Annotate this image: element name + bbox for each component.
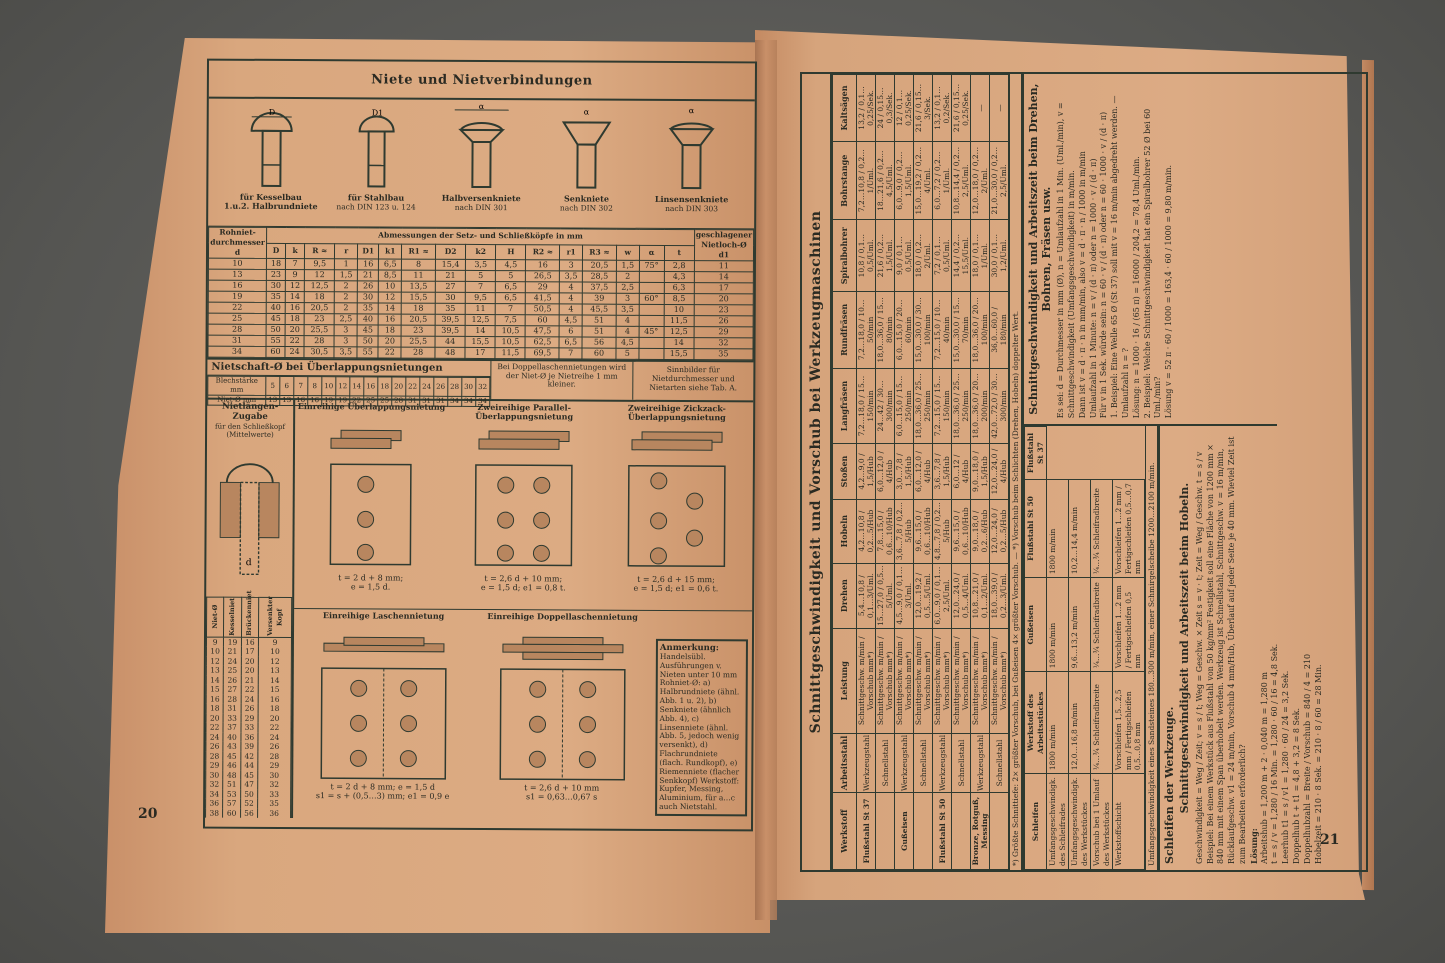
rivets-frame: Niete und Nietverbindungen D für Kesselb… xyxy=(203,59,757,832)
double-strap-note: Bei Doppellaschennietungen wird der Niet… xyxy=(491,361,633,400)
table-row: GußeisenWerkzeugstahlSchnittgeschw. m/mi… xyxy=(895,75,914,870)
svg-text:D: D xyxy=(268,108,274,117)
single-strap-joint-icon xyxy=(313,633,454,784)
round-head-rivet-icon: D xyxy=(236,103,306,193)
page-title: Niete und Nietverbindungen xyxy=(209,61,755,102)
rivet-type: α Halbversenkniete nach DIN 301 xyxy=(431,104,532,228)
formula-line: Doppelhub t + t1 = 4,8 + 3,2 = 8 Sek. xyxy=(1292,432,1303,864)
table-row: SchnellstahlSchnittgeschw. m/min / Vorsc… xyxy=(876,75,895,870)
grinding-table: SchleifenWerkstoff des ArbeitsstückesGuß… xyxy=(1024,426,1145,870)
page-number-right: 21 xyxy=(1320,832,1339,848)
page-title-right: Schnittgeschwindigkeit und Vorschub bei … xyxy=(802,74,832,870)
rivet-type: α Linsensenkniete nach DIN 303 xyxy=(641,105,742,229)
formula-line: Für v in 1 Sek. würde sein: n = 60 · v /… xyxy=(1099,80,1110,418)
rivet-section-icon: d xyxy=(209,445,290,592)
table-row: SchnellstahlSchnittgeschw. m/min / Vorsc… xyxy=(990,75,1009,870)
joint-diagram: Zweireihige Parallel-Überlappungsnietung… xyxy=(447,401,601,610)
rivet-types: D für Kesselbau 1.u.2. Halbrundniete D1 … xyxy=(208,99,755,230)
turning-section: Schnittgeschwindigkeit und Arbeitszeit b… xyxy=(1024,74,1277,424)
table-row: 26433926 xyxy=(206,742,291,752)
countersunk-rivet-icon: α xyxy=(551,104,621,194)
table-row: Vorschub bei 1 Umlauf des Werkstückes¼…¾… xyxy=(1091,427,1113,870)
machining-frame: Schnittgeschwindigkeit und Vorschub bei … xyxy=(800,72,1368,872)
semi-countersunk-rivet-icon: α xyxy=(446,104,516,194)
length-addition: Nietlängen-Zugabefür den Schließkopf (Mi… xyxy=(205,400,295,818)
table-row: 38605636 xyxy=(206,808,291,818)
rivet-type: α Senkniete nach DIN 302 xyxy=(536,104,637,228)
table-row: Umfangsgeschwindigk. des Schleifrades180… xyxy=(1047,427,1069,870)
joint-diagram: Zweireihige Zickzack-Überlappungsnietung… xyxy=(599,402,753,611)
rivet-type: D1 für Stahlbau nach DIN 123 u. 124 xyxy=(326,103,427,227)
formula-line: Lösung: n = 1000 · 16 / (65 π) = 16000 /… xyxy=(1132,80,1143,418)
double-zigzag-lap-joint-icon xyxy=(616,426,737,577)
table-row: 20332920 xyxy=(206,713,291,723)
steel-rivet-icon: D1 xyxy=(341,103,411,193)
svg-text:α: α xyxy=(479,104,485,111)
table-row: 28454228 xyxy=(206,751,291,761)
raised-countersunk-rivet-icon: α xyxy=(657,105,727,195)
joint-diagram: Einreihige Laschennietung t = 2 d + 8 mm… xyxy=(293,609,473,819)
formula-line: Umlaufzahl in 1 Minute: n = v / (d · π) … xyxy=(1089,80,1100,418)
cutting-speed-table: WerkstoffArbeitsstahlLeistungDrehenHobel… xyxy=(832,74,1009,870)
symbols-note: Sinnbilder für Nietdurchmesser und Nieta… xyxy=(633,362,753,401)
note-box: Anmerkung: Handelsübl. Ausführungen v. N… xyxy=(655,639,748,817)
table-row: 10211710 xyxy=(206,647,291,657)
overlap-rivet-section: Nietschaft-Ø bei Überlappungsnietungen B… xyxy=(207,358,753,401)
table-row: 34535033 xyxy=(206,789,291,799)
formula-line: 1. Beispiel: Eine Welle 65 Ø (St 37) sol… xyxy=(1110,80,1132,418)
book-gutter xyxy=(755,40,777,920)
length-addition-table: Niet-ØKesselnietBrückennietVersenkter Ko… xyxy=(205,596,292,818)
double-strap-joint-icon xyxy=(492,634,633,785)
table-row: Bronze, Rotguß, MessingWerkzeugstahlSchn… xyxy=(971,75,990,870)
table-row: 32514732 xyxy=(206,780,291,790)
table-row: 919169 xyxy=(206,637,291,647)
table-row: 29464429 xyxy=(206,761,291,771)
formula-line: Lösung v = 52 π · 60 / 1000 = 163,4 · 60… xyxy=(1164,80,1175,418)
table-row: Umfangsgeschwindigk. des Werkstückes12,0… xyxy=(1069,427,1091,870)
planing-section: Schleifen der Werkzeuge. Schnittgeschwin… xyxy=(1158,426,1329,870)
table-row: 15272215 xyxy=(206,685,291,695)
table-row: 12242012 xyxy=(206,656,291,666)
table-row: Flußstahl St 37WerkzeugstahlSchnittgesch… xyxy=(857,75,876,870)
rivet-dimension-table: Rohniet-durchmesser d Abmessungen der Se… xyxy=(207,227,754,361)
svg-text:α: α xyxy=(584,108,590,117)
formula-line: Dann ist v = d · π · n in mm/min, also v… xyxy=(1078,80,1089,418)
formula-line: Doppelhubzahl = Breite / Vorschub = 840 … xyxy=(1303,432,1314,864)
page-number-left: 20 xyxy=(138,806,157,822)
table-row: SchnellstahlSchnittgeschw. m/min / Vorsc… xyxy=(914,75,933,870)
table-row: 36575235 xyxy=(206,799,291,809)
table-row: 30484530 xyxy=(206,770,291,780)
double-parallel-lap-joint-icon xyxy=(463,425,584,576)
svg-text:D1: D1 xyxy=(371,108,383,117)
footnote: *) Größte Schnittiefe: 2× größter Vorsch… xyxy=(1009,74,1022,870)
svg-text:α: α xyxy=(689,106,695,115)
table-row: Flußstahl St 50WerkzeugstahlSchnittgesch… xyxy=(933,75,952,870)
table-row: 14262114 xyxy=(206,675,291,685)
table-row: 13252013 xyxy=(206,666,291,676)
svg-text:d: d xyxy=(246,557,252,568)
formula-line: Arbeitshub = 1,200 m + 2 · 0,040 m = 1,2… xyxy=(1260,432,1271,864)
table-row: 22373322 xyxy=(206,723,291,733)
joint-diagram: Einreihige Überlappungsnietung t = 2 d +… xyxy=(294,400,448,609)
formula-line: t = s / v = 1,280 / 16 Min. = 1,280 · 60… xyxy=(1270,432,1281,864)
table-row: 18312618 xyxy=(206,704,291,714)
formula-line: Hobelzeit = 210 · 8 Sek. = 210 · 8 / 60 … xyxy=(1314,432,1325,864)
formula-line: Leerhub t1 = s / v1 = 1,280 · 60 / 24 = … xyxy=(1281,432,1292,864)
single-lap-joint-icon xyxy=(311,424,432,575)
table-row: 16282416 xyxy=(206,694,291,704)
formula-line: 2. Beispiel: Welche Schnittgeschwindigke… xyxy=(1143,80,1165,418)
table-row: WerkstoffschichtVorschleifen 1,5…2,5 mm … xyxy=(1113,427,1145,870)
joint-diagram: Einreihige Doppellaschennietung t = 2,6 … xyxy=(472,610,652,820)
rivet-type: D für Kesselbau 1.u.2. Halbrundniete xyxy=(221,103,322,227)
table-row: SchnellstahlSchnittgeschw. m/min / Vorsc… xyxy=(952,75,971,870)
table-row: 24403624 xyxy=(206,732,291,742)
